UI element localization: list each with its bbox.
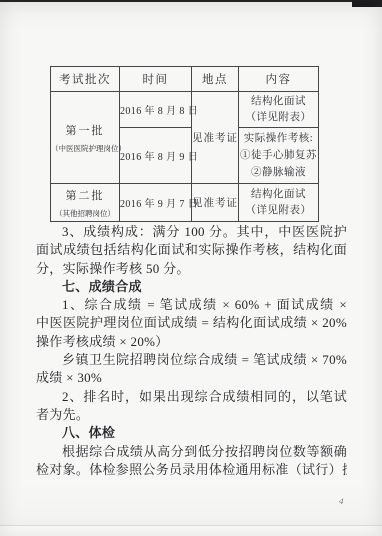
body-line: 者为先。: [36, 406, 347, 424]
column-header-batch: 考试批次: [51, 67, 120, 92]
body-line: 成绩 × 30%: [36, 369, 347, 387]
document-page: 考试批次 时间 地点 内容 第一批 （中医医院护理岗位） 2016 年 8 月 …: [0, 0, 382, 536]
exam-schedule-table: 考试批次 时间 地点 内容 第一批 （中医医院护理岗位） 2016 年 8 月 …: [50, 66, 319, 222]
content-line: 实际操作考核:: [239, 130, 318, 147]
column-header-content: 内容: [239, 67, 319, 92]
scan-edge-top: [0, 0, 382, 2]
batch2-content-cell: 结构化面试 （详见附表）: [239, 184, 319, 222]
body-line: 中医医院护理岗位面试成绩 = 结构化面试成绩 × 20% + 实际: [36, 314, 347, 332]
content-line: ②静脉输液: [239, 164, 318, 181]
batch2-subtitle: （其他招聘岗位）: [51, 208, 119, 219]
batch1-date1-cell: 2016 年 8 月 8 日: [120, 92, 192, 128]
body-line: 分，实际操作考核 50 分。: [36, 260, 347, 278]
batch1-location-cell: 见准考证: [192, 92, 239, 184]
body-line: 3、成绩构成：满分 100 分。其中，中医医院护理岗位: [36, 223, 347, 241]
batch2-name: 第二批: [51, 187, 119, 203]
column-header-time: 时间: [120, 67, 192, 92]
body-line: 2、排名时，如果出现综合成绩相同的，以笔试成绩高: [36, 388, 347, 406]
batch2-location-cell: 见准考证: [192, 184, 239, 222]
batch1-cell: 第一批 （中医医院护理岗位）: [51, 92, 120, 184]
document-body: 3、成绩构成：满分 100 分。其中，中医医院护理岗位面试成绩包括结构化面试和实…: [36, 223, 347, 479]
content-line: 结构化面试: [239, 94, 318, 110]
batch1-date2-cell: 2016 年 8 月 9 日: [120, 128, 192, 184]
body-line: 八、体检: [36, 424, 347, 442]
batch1-name: 第一批: [51, 122, 119, 138]
body-line: 七、成绩合成: [36, 278, 347, 296]
column-header-location: 地点: [192, 67, 239, 92]
body-line: 根据综合成绩从高分到低分按招聘岗位数等额确定体: [36, 443, 347, 461]
content-line: （详见附表）: [239, 203, 318, 219]
scan-edge-corner: [352, 0, 382, 7]
batch2-cell: 第二批 （其他招聘岗位）: [51, 184, 120, 222]
page-number-mark: 4: [338, 496, 345, 507]
content-line: ①徒手心肺复苏: [239, 147, 318, 164]
batch1-content1-cell: 结构化面试 （详见附表）: [239, 92, 319, 128]
content-line: （详见附表）: [239, 110, 318, 126]
batch1-content2-cell: 实际操作考核: ①徒手心肺复苏 ②静脉输液: [239, 128, 319, 184]
batch2-date-cell: 2016 年 9 月 7 日: [120, 184, 192, 222]
content-line: 结构化面试: [239, 187, 318, 203]
body-line: 操作考核成绩 × 20%）: [36, 333, 347, 351]
scan-edge-bottom: [0, 525, 382, 536]
body-line: 检对象。体检参照公务员录用体检通用标准（试行）执行（护: [36, 461, 347, 479]
body-line: 1、综合成绩 = 笔试成绩 × 60% + 面试成绩 × 40%（其中：: [36, 296, 347, 314]
body-line: 乡镇卫生院招聘岗位综合成绩 = 笔试成绩 × 70% + 面试: [36, 351, 347, 369]
batch1-subtitle: （中医医院护理岗位）: [51, 143, 119, 154]
body-line: 面试成绩包括结构化面试和实际操作考核，结构化面试 50: [36, 241, 347, 259]
